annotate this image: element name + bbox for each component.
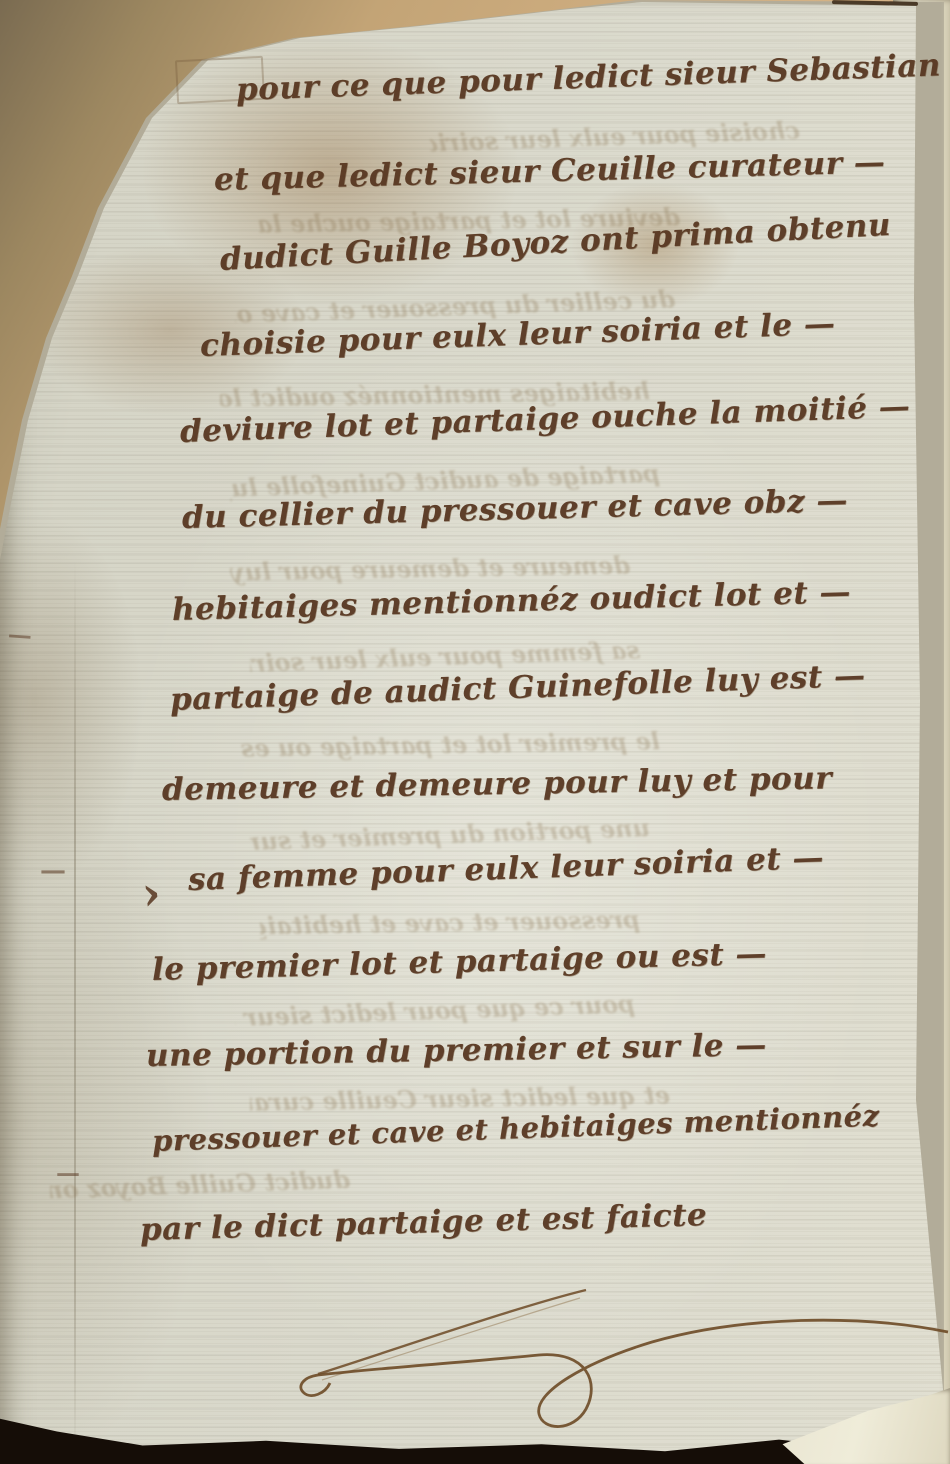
left-fold-crease [74, 560, 76, 1464]
margin-dash-mark: — [40, 856, 66, 886]
margin-dash-mark: — [56, 1158, 80, 1187]
manuscript-photo: choisie pour eulx leur soiria et le — de… [0, 0, 950, 1464]
margin-dash-mark: — [7, 619, 33, 650]
